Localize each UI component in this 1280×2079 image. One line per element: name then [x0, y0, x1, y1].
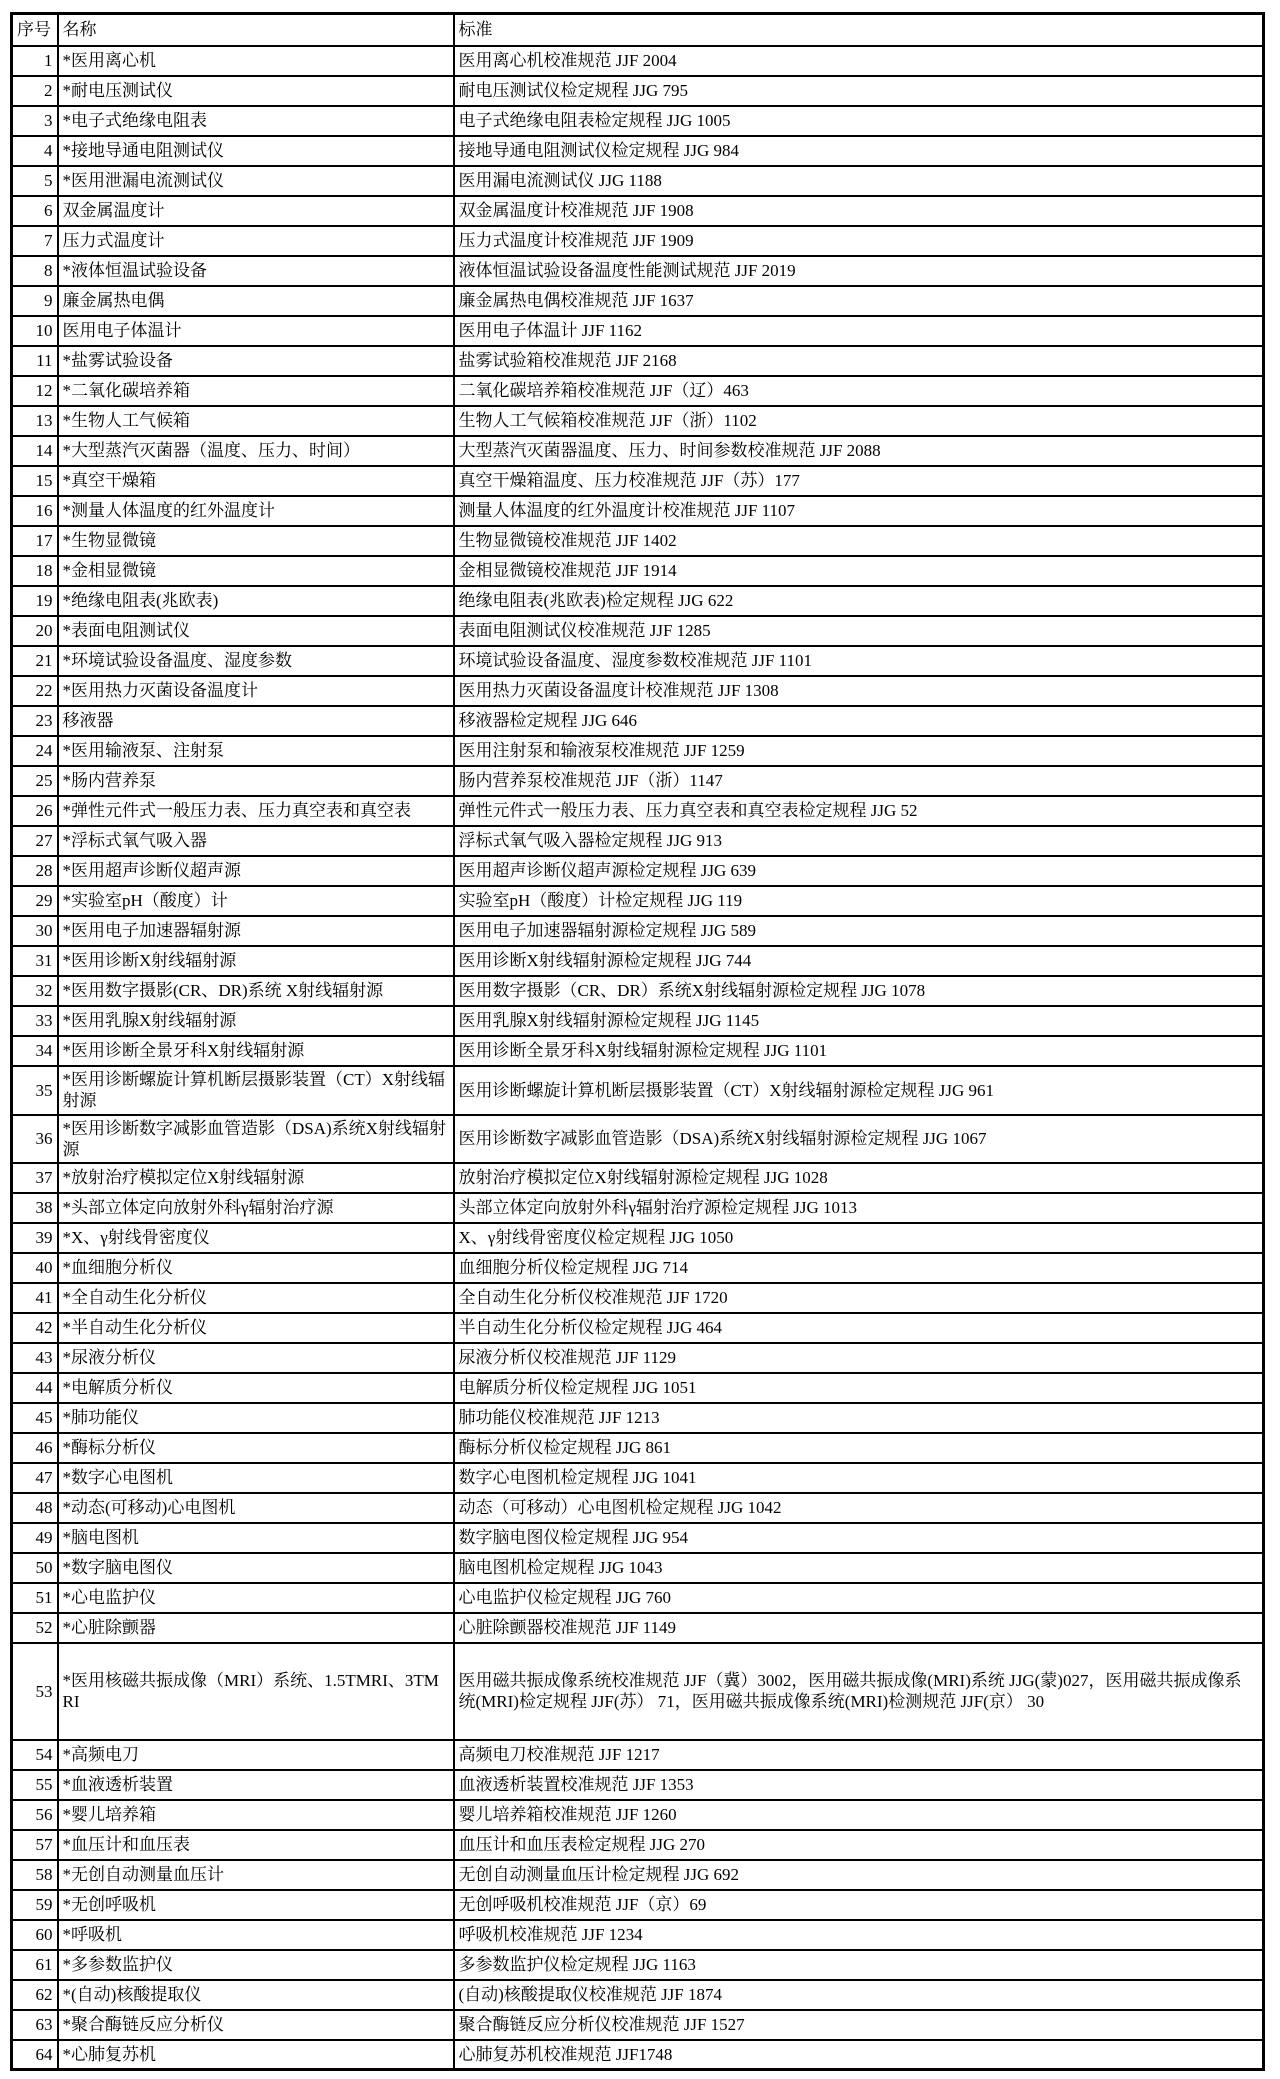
item-name-cell: *医用核磁共振成像（MRI）系统、1.5TMRI、3TMRI	[58, 1643, 454, 1740]
table-row: 6双金属温度计双金属温度计校准规范 JJF 1908	[12, 196, 1264, 226]
item-name-cell: *呼吸机	[58, 1920, 454, 1950]
item-name-cell: *生物人工气候箱	[58, 406, 454, 436]
standard-cell: 电解质分析仪检定规程 JJG 1051	[454, 1373, 1264, 1403]
table-row: 61*多参数监护仪多参数监护仪检定规程 JJG 1163	[12, 1950, 1264, 1980]
table-row: 19*绝缘电阻表(兆欧表)绝缘电阻表(兆欧表)检定规程 JJG 622	[12, 586, 1264, 616]
document-page: 序号 名称 标准 1*医用离心机医用离心机校准规范 JJF 20042*耐电压测…	[0, 0, 1280, 2079]
standard-cell: 医用电子加速器辐射源检定规程 JJG 589	[454, 916, 1264, 946]
standard-cell: 聚合酶链反应分析仪校准规范 JJF 1527	[454, 2010, 1264, 2040]
item-name-cell: *医用诊断螺旋计算机断层摄影装置（CT）X射线辐射源	[58, 1066, 454, 1115]
item-name-cell: *血压计和血压表	[58, 1830, 454, 1860]
row-number-cell: 33	[12, 1006, 58, 1036]
row-number-cell: 18	[12, 556, 58, 586]
row-number-cell: 39	[12, 1223, 58, 1253]
table-row: 4*接地导通电阻测试仪接地导通电阻测试仪检定规程 JJG 984	[12, 136, 1264, 166]
item-name-cell: *医用诊断数字减影血管造影（DSA)系统X射线辐射源	[58, 1115, 454, 1164]
standard-cell: 肠内营养泵校准规范 JJF（浙）1147	[454, 766, 1264, 796]
row-number-cell: 43	[12, 1343, 58, 1373]
row-number-cell: 54	[12, 1740, 58, 1770]
item-name-cell: 廉金属热电偶	[58, 286, 454, 316]
standard-cell: 高频电刀校准规范 JJF 1217	[454, 1740, 1264, 1770]
item-name-cell: *高频电刀	[58, 1740, 454, 1770]
standard-cell: 心脏除颤器校准规范 JJF 1149	[454, 1613, 1264, 1643]
row-number-cell: 59	[12, 1890, 58, 1920]
row-number-cell: 19	[12, 586, 58, 616]
standard-cell: 医用注射泵和输液泵校准规范 JJF 1259	[454, 736, 1264, 766]
standard-cell: 医用诊断X射线辐射源检定规程 JJG 744	[454, 946, 1264, 976]
standard-cell: 血液透析装置校准规范 JJF 1353	[454, 1770, 1264, 1800]
standard-cell: 脑电图机检定规程 JJG 1043	[454, 1553, 1264, 1583]
item-name-cell: *血液透析装置	[58, 1770, 454, 1800]
standard-cell: 移液器检定规程 JJG 646	[454, 706, 1264, 736]
standard-cell: X、γ射线骨密度仪检定规程 JJG 1050	[454, 1223, 1264, 1253]
standard-cell: 医用数字摄影（CR、DR）系统X射线辐射源检定规程 JJG 1078	[454, 976, 1264, 1006]
item-name-cell: *头部立体定向放射外科γ辐射治疗源	[58, 1193, 454, 1223]
item-name-cell: *医用数字摄影(CR、DR)系统 X射线辐射源	[58, 976, 454, 1006]
table-row: 33*医用乳腺X射线辐射源医用乳腺X射线辐射源检定规程 JJG 1145	[12, 1006, 1264, 1036]
item-name-cell: *无创呼吸机	[58, 1890, 454, 1920]
item-name-cell: *聚合酶链反应分析仪	[58, 2010, 454, 2040]
standard-cell: 医用乳腺X射线辐射源检定规程 JJG 1145	[454, 1006, 1264, 1036]
row-number-cell: 1	[12, 46, 58, 76]
standard-cell: 医用热力灭菌设备温度计校准规范 JJF 1308	[454, 676, 1264, 706]
item-name-cell: *X、γ射线骨密度仪	[58, 1223, 454, 1253]
standard-cell: (自动)核酸提取仪校准规范 JJF 1874	[454, 1980, 1264, 2010]
table-row: 2*耐电压测试仪耐电压测试仪检定规程 JJG 795	[12, 76, 1264, 106]
table-row: 31*医用诊断X射线辐射源医用诊断X射线辐射源检定规程 JJG 744	[12, 946, 1264, 976]
standard-cell: 真空干燥箱温度、压力校准规范 JJF（苏）177	[454, 466, 1264, 496]
standard-cell: 环境试验设备温度、湿度参数校准规范 JJF 1101	[454, 646, 1264, 676]
standard-cell: 压力式温度计校准规范 JJF 1909	[454, 226, 1264, 256]
standard-cell: 医用漏电流测试仪 JJG 1188	[454, 166, 1264, 196]
table-row: 22*医用热力灭菌设备温度计医用热力灭菌设备温度计校准规范 JJF 1308	[12, 676, 1264, 706]
row-number-cell: 28	[12, 856, 58, 886]
standard-cell: 液体恒温试验设备温度性能测试规范 JJF 2019	[454, 256, 1264, 286]
table-body: 1*医用离心机医用离心机校准规范 JJF 20042*耐电压测试仪耐电压测试仪检…	[12, 46, 1264, 2070]
row-number-cell: 14	[12, 436, 58, 466]
standard-cell: 表面电阻测试仪校准规范 JJF 1285	[454, 616, 1264, 646]
item-name-cell: *心肺复苏机	[58, 2040, 454, 2070]
header-row: 序号 名称 标准	[12, 14, 1264, 47]
table-row: 5*医用泄漏电流测试仪医用漏电流测试仪 JJG 1188	[12, 166, 1264, 196]
row-number-cell: 58	[12, 1860, 58, 1890]
item-name-cell: *数字脑电图仪	[58, 1553, 454, 1583]
header-cell-standard: 标准	[454, 14, 1264, 47]
standard-cell: 实验室pH（酸度）计检定规程 JJG 119	[454, 886, 1264, 916]
table-row: 7压力式温度计压力式温度计校准规范 JJF 1909	[12, 226, 1264, 256]
standard-cell: 医用离心机校准规范 JJF 2004	[454, 46, 1264, 76]
item-name-cell: *肠内营养泵	[58, 766, 454, 796]
table-row: 49*脑电图机数字脑电图仪检定规程 JJG 954	[12, 1523, 1264, 1553]
standards-table: 序号 名称 标准 1*医用离心机医用离心机校准规范 JJF 20042*耐电压测…	[10, 12, 1265, 2071]
item-name-cell: *液体恒温试验设备	[58, 256, 454, 286]
standard-cell: 心电监护仪检定规程 JJG 760	[454, 1583, 1264, 1613]
standard-cell: 金相显微镜校准规范 JJF 1914	[454, 556, 1264, 586]
table-row: 45*肺功能仪肺功能仪校准规范 JJF 1213	[12, 1403, 1264, 1433]
standard-cell: 心肺复苏机校准规范 JJF1748	[454, 2040, 1264, 2070]
item-name-cell: *放射治疗模拟定位X射线辐射源	[58, 1163, 454, 1193]
row-number-cell: 29	[12, 886, 58, 916]
standard-cell: 无创呼吸机校准规范 JJF（京）69	[454, 1890, 1264, 1920]
table-row: 38*头部立体定向放射外科γ辐射治疗源头部立体定向放射外科γ辐射治疗源检定规程 …	[12, 1193, 1264, 1223]
row-number-cell: 24	[12, 736, 58, 766]
item-name-cell: *半自动生化分析仪	[58, 1313, 454, 1343]
item-name-cell: *医用诊断全景牙科X射线辐射源	[58, 1036, 454, 1066]
row-number-cell: 49	[12, 1523, 58, 1553]
table-row: 11*盐雾试验设备盐雾试验箱校准规范 JJF 2168	[12, 346, 1264, 376]
standard-cell: 医用诊断螺旋计算机断层摄影装置（CT）X射线辐射源检定规程 JJG 961	[454, 1066, 1264, 1115]
standard-cell: 盐雾试验箱校准规范 JJF 2168	[454, 346, 1264, 376]
item-name-cell: *环境试验设备温度、湿度参数	[58, 646, 454, 676]
standard-cell: 医用超声诊断仪超声源检定规程 JJG 639	[454, 856, 1264, 886]
row-number-cell: 11	[12, 346, 58, 376]
table-row: 55*血液透析装置血液透析装置校准规范 JJF 1353	[12, 1770, 1264, 1800]
item-name-cell: *婴儿培养箱	[58, 1800, 454, 1830]
item-name-cell: *金相显微镜	[58, 556, 454, 586]
row-number-cell: 26	[12, 796, 58, 826]
item-name-cell: *接地导通电阻测试仪	[58, 136, 454, 166]
table-row: 3*电子式绝缘电阻表电子式绝缘电阻表检定规程 JJG 1005	[12, 106, 1264, 136]
standard-cell: 双金属温度计校准规范 JJF 1908	[454, 196, 1264, 226]
row-number-cell: 16	[12, 496, 58, 526]
table-row: 63*聚合酶链反应分析仪聚合酶链反应分析仪校准规范 JJF 1527	[12, 2010, 1264, 2040]
table-row: 8*液体恒温试验设备液体恒温试验设备温度性能测试规范 JJF 2019	[12, 256, 1264, 286]
item-name-cell: *肺功能仪	[58, 1403, 454, 1433]
item-name-cell: *无创自动测量血压计	[58, 1860, 454, 1890]
standard-cell: 大型蒸汽灭菌器温度、压力、时间参数校准规范 JJF 2088	[454, 436, 1264, 466]
table-row: 39*X、γ射线骨密度仪X、γ射线骨密度仪检定规程 JJG 1050	[12, 1223, 1264, 1253]
standard-cell: 测量人体温度的红外温度计校准规范 JJF 1107	[454, 496, 1264, 526]
table-row: 51*心电监护仪心电监护仪检定规程 JJG 760	[12, 1583, 1264, 1613]
row-number-cell: 22	[12, 676, 58, 706]
standard-cell: 肺功能仪校准规范 JJF 1213	[454, 1403, 1264, 1433]
table-row: 28*医用超声诊断仪超声源医用超声诊断仪超声源检定规程 JJG 639	[12, 856, 1264, 886]
item-name-cell: *电解质分析仪	[58, 1373, 454, 1403]
item-name-cell: 移液器	[58, 706, 454, 736]
standard-cell: 生物人工气候箱校准规范 JJF（浙）1102	[454, 406, 1264, 436]
row-number-cell: 56	[12, 1800, 58, 1830]
row-number-cell: 45	[12, 1403, 58, 1433]
table-row: 16*测量人体温度的红外温度计测量人体温度的红外温度计校准规范 JJF 1107	[12, 496, 1264, 526]
row-number-cell: 20	[12, 616, 58, 646]
row-number-cell: 6	[12, 196, 58, 226]
row-number-cell: 25	[12, 766, 58, 796]
standard-cell: 医用诊断全景牙科X射线辐射源检定规程 JJG 1101	[454, 1036, 1264, 1066]
standard-cell: 头部立体定向放射外科γ辐射治疗源检定规程 JJG 1013	[454, 1193, 1264, 1223]
row-number-cell: 31	[12, 946, 58, 976]
header-cell-no: 序号	[12, 14, 58, 47]
standard-cell: 血细胞分析仪检定规程 JJG 714	[454, 1253, 1264, 1283]
item-name-cell: *医用泄漏电流测试仪	[58, 166, 454, 196]
row-number-cell: 36	[12, 1115, 58, 1164]
table-row: 48*动态(可移动)心电图机动态（可移动）心电图机检定规程 JJG 1042	[12, 1493, 1264, 1523]
table-row: 36*医用诊断数字减影血管造影（DSA)系统X射线辐射源医用诊断数字减影血管造影…	[12, 1115, 1264, 1164]
item-name-cell: *心电监护仪	[58, 1583, 454, 1613]
row-number-cell: 40	[12, 1253, 58, 1283]
item-name-cell: *酶标分析仪	[58, 1433, 454, 1463]
item-name-cell: *医用离心机	[58, 46, 454, 76]
row-number-cell: 38	[12, 1193, 58, 1223]
item-name-cell: *血细胞分析仪	[58, 1253, 454, 1283]
row-number-cell: 52	[12, 1613, 58, 1643]
row-number-cell: 27	[12, 826, 58, 856]
table-row: 21*环境试验设备温度、湿度参数环境试验设备温度、湿度参数校准规范 JJF 11…	[12, 646, 1264, 676]
row-number-cell: 48	[12, 1493, 58, 1523]
item-name-cell: *医用乳腺X射线辐射源	[58, 1006, 454, 1036]
table-row: 44*电解质分析仪电解质分析仪检定规程 JJG 1051	[12, 1373, 1264, 1403]
standard-cell: 数字脑电图仪检定规程 JJG 954	[454, 1523, 1264, 1553]
item-name-cell: *(自动)核酸提取仪	[58, 1980, 454, 2010]
table-row: 57*血压计和血压表血压计和血压表检定规程 JJG 270	[12, 1830, 1264, 1860]
item-name-cell: *数字心电图机	[58, 1463, 454, 1493]
table-header: 序号 名称 标准	[12, 14, 1264, 47]
table-row: 60*呼吸机呼吸机校准规范 JJF 1234	[12, 1920, 1264, 1950]
standard-cell: 医用电子体温计 JJF 1162	[454, 316, 1264, 346]
table-row: 9廉金属热电偶廉金属热电偶校准规范 JJF 1637	[12, 286, 1264, 316]
standard-cell: 廉金属热电偶校准规范 JJF 1637	[454, 286, 1264, 316]
standard-cell: 接地导通电阻测试仪检定规程 JJG 984	[454, 136, 1264, 166]
item-name-cell: *测量人体温度的红外温度计	[58, 496, 454, 526]
row-number-cell: 12	[12, 376, 58, 406]
row-number-cell: 61	[12, 1950, 58, 1980]
standard-cell: 生物显微镜校准规范 JJF 1402	[454, 526, 1264, 556]
table-row: 52*心脏除颤器心脏除颤器校准规范 JJF 1149	[12, 1613, 1264, 1643]
standard-cell: 绝缘电阻表(兆欧表)检定规程 JJG 622	[454, 586, 1264, 616]
row-number-cell: 41	[12, 1283, 58, 1313]
standard-cell: 耐电压测试仪检定规程 JJG 795	[454, 76, 1264, 106]
item-name-cell: *生物显微镜	[58, 526, 454, 556]
table-row: 56*婴儿培养箱婴儿培养箱校准规范 JJF 1260	[12, 1800, 1264, 1830]
row-number-cell: 46	[12, 1433, 58, 1463]
item-name-cell: 压力式温度计	[58, 226, 454, 256]
row-number-cell: 35	[12, 1066, 58, 1115]
item-name-cell: *尿液分析仪	[58, 1343, 454, 1373]
table-row: 64*心肺复苏机心肺复苏机校准规范 JJF1748	[12, 2040, 1264, 2070]
item-name-cell: *弹性元件式一般压力表、压力真空表和真空表	[58, 796, 454, 826]
row-number-cell: 3	[12, 106, 58, 136]
table-row: 18*金相显微镜金相显微镜校准规范 JJF 1914	[12, 556, 1264, 586]
item-name-cell: 双金属温度计	[58, 196, 454, 226]
standard-cell: 婴儿培养箱校准规范 JJF 1260	[454, 1800, 1264, 1830]
table-row: 46*酶标分析仪酶标分析仪检定规程 JJG 861	[12, 1433, 1264, 1463]
item-name-cell: *心脏除颤器	[58, 1613, 454, 1643]
table-row: 47*数字心电图机数字心电图机检定规程 JJG 1041	[12, 1463, 1264, 1493]
row-number-cell: 17	[12, 526, 58, 556]
standard-cell: 动态（可移动）心电图机检定规程 JJG 1042	[454, 1493, 1264, 1523]
row-number-cell: 64	[12, 2040, 58, 2070]
table-row: 62*(自动)核酸提取仪(自动)核酸提取仪校准规范 JJF 1874	[12, 1980, 1264, 2010]
row-number-cell: 44	[12, 1373, 58, 1403]
table-row: 34*医用诊断全景牙科X射线辐射源医用诊断全景牙科X射线辐射源检定规程 JJG …	[12, 1036, 1264, 1066]
table-row: 54*高频电刀高频电刀校准规范 JJF 1217	[12, 1740, 1264, 1770]
standard-cell: 血压计和血压表检定规程 JJG 270	[454, 1830, 1264, 1860]
row-number-cell: 32	[12, 976, 58, 1006]
row-number-cell: 4	[12, 136, 58, 166]
row-number-cell: 7	[12, 226, 58, 256]
row-number-cell: 51	[12, 1583, 58, 1613]
item-name-cell: *绝缘电阻表(兆欧表)	[58, 586, 454, 616]
standard-cell: 半自动生化分析仪检定规程 JJG 464	[454, 1313, 1264, 1343]
table-row: 53*医用核磁共振成像（MRI）系统、1.5TMRI、3TMRI医用磁共振成像系…	[12, 1643, 1264, 1740]
item-name-cell: *实验室pH（酸度）计	[58, 886, 454, 916]
table-row: 40*血细胞分析仪血细胞分析仪检定规程 JJG 714	[12, 1253, 1264, 1283]
item-name-cell: *医用输液泵、注射泵	[58, 736, 454, 766]
row-number-cell: 62	[12, 1980, 58, 2010]
item-name-cell: 医用电子体温计	[58, 316, 454, 346]
standard-cell: 多参数监护仪检定规程 JJG 1163	[454, 1950, 1264, 1980]
item-name-cell: *电子式绝缘电阻表	[58, 106, 454, 136]
table-row: 50*数字脑电图仪脑电图机检定规程 JJG 1043	[12, 1553, 1264, 1583]
table-row: 26*弹性元件式一般压力表、压力真空表和真空表弹性元件式一般压力表、压力真空表和…	[12, 796, 1264, 826]
standard-cell: 放射治疗模拟定位X射线辐射源检定规程 JJG 1028	[454, 1163, 1264, 1193]
item-name-cell: *动态(可移动)心电图机	[58, 1493, 454, 1523]
item-name-cell: *真空干燥箱	[58, 466, 454, 496]
standard-cell: 酶标分析仪检定规程 JJG 861	[454, 1433, 1264, 1463]
row-number-cell: 60	[12, 1920, 58, 1950]
row-number-cell: 47	[12, 1463, 58, 1493]
standard-cell: 呼吸机校准规范 JJF 1234	[454, 1920, 1264, 1950]
table-row: 37*放射治疗模拟定位X射线辐射源放射治疗模拟定位X射线辐射源检定规程 JJG …	[12, 1163, 1264, 1193]
row-number-cell: 53	[12, 1643, 58, 1740]
item-name-cell: *医用热力灭菌设备温度计	[58, 676, 454, 706]
item-name-cell: *浮标式氧气吸入器	[58, 826, 454, 856]
item-name-cell: *耐电压测试仪	[58, 76, 454, 106]
row-number-cell: 30	[12, 916, 58, 946]
standard-cell: 二氧化碳培养箱校准规范 JJF（辽）463	[454, 376, 1264, 406]
table-row: 30*医用电子加速器辐射源医用电子加速器辐射源检定规程 JJG 589	[12, 916, 1264, 946]
standard-cell: 无创自动测量血压计检定规程 JJG 692	[454, 1860, 1264, 1890]
table-row: 41*全自动生化分析仪全自动生化分析仪校准规范 JJF 1720	[12, 1283, 1264, 1313]
item-name-cell: *二氧化碳培养箱	[58, 376, 454, 406]
table-row: 12*二氧化碳培养箱二氧化碳培养箱校准规范 JJF（辽）463	[12, 376, 1264, 406]
item-name-cell: *多参数监护仪	[58, 1950, 454, 1980]
item-name-cell: *医用电子加速器辐射源	[58, 916, 454, 946]
item-name-cell: *盐雾试验设备	[58, 346, 454, 376]
row-number-cell: 8	[12, 256, 58, 286]
table-row: 20*表面电阻测试仪表面电阻测试仪校准规范 JJF 1285	[12, 616, 1264, 646]
table-row: 15*真空干燥箱真空干燥箱温度、压力校准规范 JJF（苏）177	[12, 466, 1264, 496]
standard-cell: 数字心电图机检定规程 JJG 1041	[454, 1463, 1264, 1493]
table-row: 58*无创自动测量血压计无创自动测量血压计检定规程 JJG 692	[12, 1860, 1264, 1890]
row-number-cell: 13	[12, 406, 58, 436]
item-name-cell: *医用诊断X射线辐射源	[58, 946, 454, 976]
standard-cell: 全自动生化分析仪校准规范 JJF 1720	[454, 1283, 1264, 1313]
table-row: 27*浮标式氧气吸入器浮标式氧气吸入器检定规程 JJG 913	[12, 826, 1264, 856]
row-number-cell: 57	[12, 1830, 58, 1860]
row-number-cell: 2	[12, 76, 58, 106]
header-cell-name: 名称	[58, 14, 454, 47]
table-row: 32*医用数字摄影(CR、DR)系统 X射线辐射源医用数字摄影（CR、DR）系统…	[12, 976, 1264, 1006]
row-number-cell: 21	[12, 646, 58, 676]
table-row: 59*无创呼吸机无创呼吸机校准规范 JJF（京）69	[12, 1890, 1264, 1920]
table-row: 25*肠内营养泵肠内营养泵校准规范 JJF（浙）1147	[12, 766, 1264, 796]
row-number-cell: 63	[12, 2010, 58, 2040]
table-row: 42*半自动生化分析仪半自动生化分析仪检定规程 JJG 464	[12, 1313, 1264, 1343]
row-number-cell: 34	[12, 1036, 58, 1066]
standard-cell: 医用诊断数字减影血管造影（DSA)系统X射线辐射源检定规程 JJG 1067	[454, 1115, 1264, 1164]
row-number-cell: 42	[12, 1313, 58, 1343]
item-name-cell: *全自动生化分析仪	[58, 1283, 454, 1313]
item-name-cell: *医用超声诊断仪超声源	[58, 856, 454, 886]
standard-cell: 电子式绝缘电阻表检定规程 JJG 1005	[454, 106, 1264, 136]
table-row: 10医用电子体温计医用电子体温计 JJF 1162	[12, 316, 1264, 346]
item-name-cell: *脑电图机	[58, 1523, 454, 1553]
item-name-cell: *表面电阻测试仪	[58, 616, 454, 646]
table-row: 14*大型蒸汽灭菌器（温度、压力、时间）大型蒸汽灭菌器温度、压力、时间参数校准规…	[12, 436, 1264, 466]
table-row: 13*生物人工气候箱生物人工气候箱校准规范 JJF（浙）1102	[12, 406, 1264, 436]
table-row: 24*医用输液泵、注射泵医用注射泵和输液泵校准规范 JJF 1259	[12, 736, 1264, 766]
standard-cell: 浮标式氧气吸入器检定规程 JJG 913	[454, 826, 1264, 856]
standard-cell: 弹性元件式一般压力表、压力真空表和真空表检定规程 JJG 52	[454, 796, 1264, 826]
item-name-cell: *大型蒸汽灭菌器（温度、压力、时间）	[58, 436, 454, 466]
row-number-cell: 50	[12, 1553, 58, 1583]
row-number-cell: 5	[12, 166, 58, 196]
table-row: 43*尿液分析仪尿液分析仪校准规范 JJF 1129	[12, 1343, 1264, 1373]
table-row: 35*医用诊断螺旋计算机断层摄影装置（CT）X射线辐射源医用诊断螺旋计算机断层摄…	[12, 1066, 1264, 1115]
table-row: 23移液器移液器检定规程 JJG 646	[12, 706, 1264, 736]
standard-cell: 尿液分析仪校准规范 JJF 1129	[454, 1343, 1264, 1373]
table-row: 1*医用离心机医用离心机校准规范 JJF 2004	[12, 46, 1264, 76]
row-number-cell: 9	[12, 286, 58, 316]
row-number-cell: 23	[12, 706, 58, 736]
row-number-cell: 55	[12, 1770, 58, 1800]
row-number-cell: 15	[12, 466, 58, 496]
table-row: 17*生物显微镜生物显微镜校准规范 JJF 1402	[12, 526, 1264, 556]
row-number-cell: 37	[12, 1163, 58, 1193]
table-row: 29*实验室pH（酸度）计实验室pH（酸度）计检定规程 JJG 119	[12, 886, 1264, 916]
standard-cell: 医用磁共振成像系统校准规范 JJF（冀）3002，医用磁共振成像(MRI)系统 …	[454, 1643, 1264, 1740]
row-number-cell: 10	[12, 316, 58, 346]
